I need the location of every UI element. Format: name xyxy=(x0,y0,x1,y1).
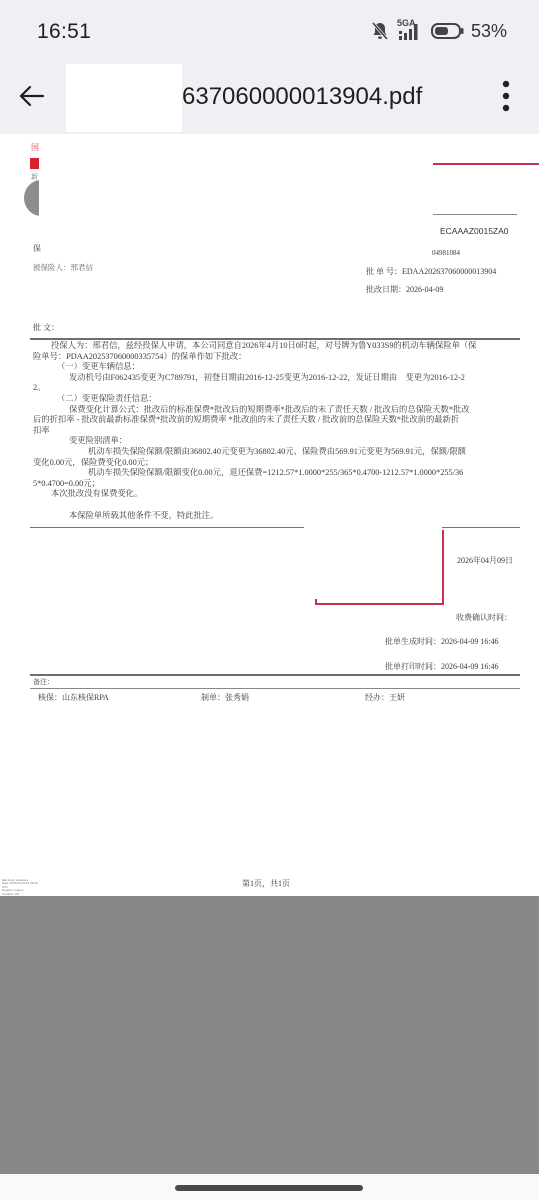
body-top-rule xyxy=(30,338,520,340)
battery-icon xyxy=(431,22,465,40)
signal-5g-icon: 5GA xyxy=(395,20,425,42)
body-line: 投保人为：邢君信，兹经投保人申请，本公司同意自2026年4月10日0时起，对号牌… xyxy=(33,341,517,352)
remarks-top-rule xyxy=(30,674,520,676)
endorsement-number-value: EDAA202637060000013904 xyxy=(402,267,496,276)
body-line: （二）变更保险责任信息： xyxy=(33,394,517,405)
generated-time: 批单生成时间：2026-04-09 16:46 xyxy=(385,636,499,647)
sign-date: 2026年04月09日 xyxy=(457,555,513,566)
remarks-label: 备注： xyxy=(33,677,54,687)
header-red-line xyxy=(433,163,539,165)
right-sign-rule xyxy=(442,527,520,528)
body-line: 变更险别清单： xyxy=(33,436,517,447)
app-bar: 637060000013904.pdf xyxy=(0,64,539,132)
document-code: ECAAAZ0015ZA0 xyxy=(440,226,509,236)
body-line: 本保险单所载其他条件不变，特此批注。 xyxy=(33,511,517,522)
seal-icon xyxy=(24,180,39,216)
arrow-left-icon xyxy=(18,84,46,113)
fee-confirm-time: 收费确认时间： xyxy=(456,612,512,623)
header-grey-line xyxy=(433,214,517,215)
home-indicator[interactable] xyxy=(175,1185,363,1191)
body-line: 险单号：PDAA202537060000335754）的保单作如下批改： xyxy=(33,352,517,363)
body-line: 5*0.4700=0.00元； xyxy=(33,479,517,490)
body-line: 保费变化计算公式：批改后的标准保费*批改后的短期费率*批改后的未了责任天数 / … xyxy=(33,405,517,416)
left-sign-rule xyxy=(30,527,304,528)
file-title: 637060000013904.pdf xyxy=(182,83,422,111)
left-label-partial: 保 xyxy=(33,243,41,254)
endorsement-date-label: 批改日期： xyxy=(366,285,406,294)
endorsement-number-label: 批 单 号： xyxy=(366,267,402,276)
redacted-region xyxy=(66,64,182,132)
stamp-bracket-horizontal xyxy=(315,603,444,605)
underwriter: 核保：山东核保RPA xyxy=(38,692,109,703)
status-bar: 16:51 5GA 53% xyxy=(0,0,539,64)
back-button[interactable] xyxy=(14,80,50,116)
handler: 经办：王妍 xyxy=(365,692,405,703)
gesture-nav-bar xyxy=(0,1174,539,1200)
digital-signature-note: Electronic signature Date: 2026.04.09 16… xyxy=(2,879,38,896)
serial-number: 04981084 xyxy=(432,249,460,257)
body-line: 机动车损失保险保额/限额由36802.40元变更为36802.40元、保险费由5… xyxy=(33,447,517,458)
body-line: 发动机号由F062435变更为C789791，初登日期由2016-12-25变更… xyxy=(33,373,517,384)
page-indicator: 第1页，共1页 xyxy=(242,878,290,889)
viewer-background[interactable] xyxy=(0,896,539,1174)
bell-off-icon xyxy=(371,21,389,41)
body-line: 2。 xyxy=(33,383,517,394)
printed-time: 批单打印时间：2026-04-09 16:46 xyxy=(385,661,499,672)
preparer: 制单：张秀娟 xyxy=(201,692,249,703)
endorsement-date-value: 2026-04-09 xyxy=(406,285,443,294)
pi-wen-label: 批 文： xyxy=(33,322,59,333)
stamp-bracket-tick xyxy=(315,599,317,605)
endorsement-number: 批 单 号：EDAA202637060000013904 xyxy=(366,266,496,277)
insured-label: 被保险人：邢君信 xyxy=(33,262,93,273)
company-logo: 国 新 xyxy=(23,140,39,220)
battery-percent: 53% xyxy=(471,21,507,42)
endorsement-body: 投保人为：邢君信，兹经投保人申请，本公司同意自2026年4月10日0时起，对号牌… xyxy=(33,341,517,522)
status-time: 16:51 xyxy=(37,20,91,44)
logo-red-text: 国 xyxy=(31,142,39,153)
endorsement-date: 批改日期：2026-04-09 xyxy=(366,284,443,295)
stamp-bracket-vertical xyxy=(442,530,444,605)
more-vertical-icon xyxy=(502,80,510,117)
body-line: 扣率 xyxy=(33,426,517,437)
body-line: （一）变更车辆信息： xyxy=(33,362,517,373)
status-icons: 5GA 53% xyxy=(371,20,507,42)
body-line: 后的折扣率 - 批改前最新标准保费*批改前的短期费率 *批改前的未了责任天数 /… xyxy=(33,415,517,426)
body-line: 变化0.00元，保险费变化0.00元； xyxy=(33,458,517,469)
body-line: 本次批改没有保费变化。 xyxy=(33,489,517,500)
remarks-bottom-rule xyxy=(30,688,520,689)
more-menu-button[interactable] xyxy=(491,78,521,118)
logo-red-block xyxy=(30,158,39,169)
body-line: 机动车损失保险保额/限额变化0.00元，退还保费=1212.57*1.0000*… xyxy=(33,468,517,479)
